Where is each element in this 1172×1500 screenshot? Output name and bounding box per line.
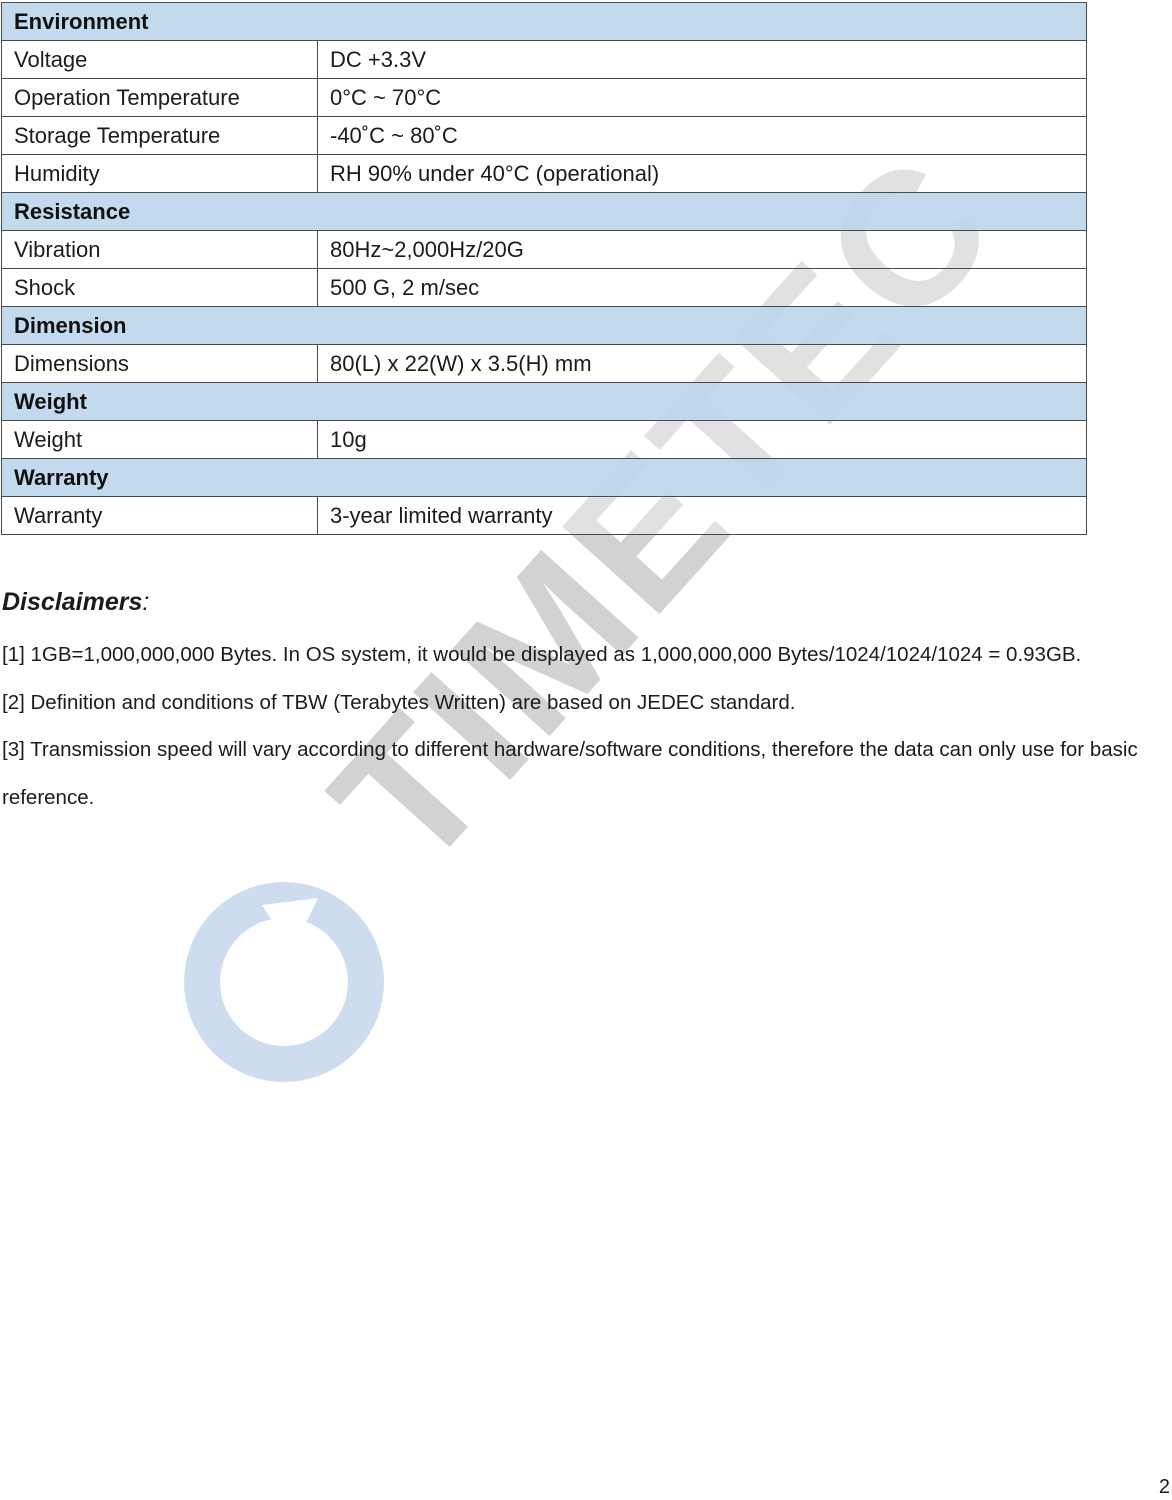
disclaimers-title: Disclaimers:	[2, 588, 1167, 617]
page-number: 2	[1159, 1476, 1170, 1499]
section-title: Environment	[2, 3, 1087, 41]
disclaimer-item: [2] Definition and conditions of TBW (Te…	[2, 679, 1167, 727]
section-title: Weight	[2, 383, 1087, 421]
spec-value: 80Hz~2,000Hz/20G	[318, 231, 1087, 269]
section-title: Dimension	[2, 307, 1087, 345]
spec-row: VoltageDC +3.3V	[2, 41, 1087, 79]
section-title: Resistance	[2, 193, 1087, 231]
disclaimers-section: Disclaimers: [1] 1GB=1,000,000,000 Bytes…	[2, 588, 1167, 821]
spec-row: HumidityRH 90% under 40°C (operational)	[2, 155, 1087, 193]
spec-label: Storage Temperature	[2, 117, 318, 155]
spec-label: Shock	[2, 269, 318, 307]
spec-label: Dimensions	[2, 345, 318, 383]
section-header-warranty: Warranty	[2, 459, 1087, 497]
spec-row: Dimensions80(L) x 22(W) x 3.5(H) mm	[2, 345, 1087, 383]
spec-value: 10g	[318, 421, 1087, 459]
spec-row: Weight10g	[2, 421, 1087, 459]
spec-value: 3-year limited warranty	[318, 497, 1087, 535]
section-header-weight: Weight	[2, 383, 1087, 421]
disclaimer-item: [1] 1GB=1,000,000,000 Bytes. In OS syste…	[2, 631, 1167, 679]
section-header-dimension: Dimension	[2, 307, 1087, 345]
spec-table: EnvironmentVoltageDC +3.3VOperation Temp…	[1, 2, 1087, 535]
spec-label: Voltage	[2, 41, 318, 79]
spec-value: 0°C ~ 70°C	[318, 79, 1087, 117]
section-header-resistance: Resistance	[2, 193, 1087, 231]
spec-value: 80(L) x 22(W) x 3.5(H) mm	[318, 345, 1087, 383]
spec-value: 500 G, 2 m/sec	[318, 269, 1087, 307]
spec-row: Storage Temperature-40˚C ~ 80˚C	[2, 117, 1087, 155]
spec-row: Operation Temperature0°C ~ 70°C	[2, 79, 1087, 117]
spec-label: Humidity	[2, 155, 318, 193]
spec-value: RH 90% under 40°C (operational)	[318, 155, 1087, 193]
section-header-environment: Environment	[2, 3, 1087, 41]
spec-row: Vibration80Hz~2,000Hz/20G	[2, 231, 1087, 269]
spec-row: Warranty3-year limited warranty	[2, 497, 1087, 535]
spec-value: DC +3.3V	[318, 41, 1087, 79]
section-title: Warranty	[2, 459, 1087, 497]
disclaimer-item: [3] Transmission speed will vary accordi…	[2, 726, 1167, 821]
spec-label: Weight	[2, 421, 318, 459]
spec-label: Warranty	[2, 497, 318, 535]
spec-value: -40˚C ~ 80˚C	[318, 117, 1087, 155]
spec-label: Operation Temperature	[2, 79, 318, 117]
spec-label: Vibration	[2, 231, 318, 269]
watermark-ring-icon	[202, 898, 366, 1064]
spec-row: Shock500 G, 2 m/sec	[2, 269, 1087, 307]
